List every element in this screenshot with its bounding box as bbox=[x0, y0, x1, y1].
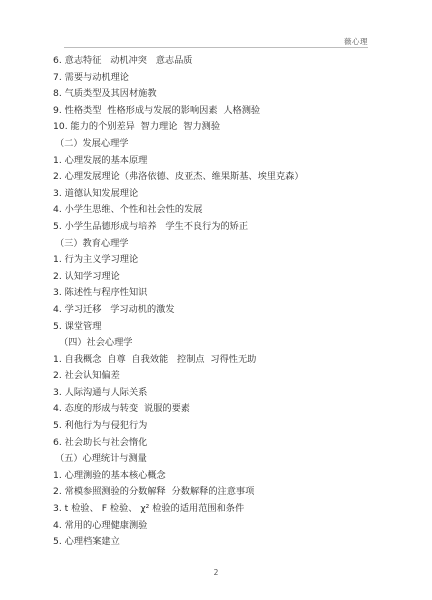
list-item: 7. 需要与动机理论 bbox=[53, 70, 383, 87]
section-social-psychology: （四）社会心理学 1. 自我概念 自尊 自我效能 控制点 习得性无助 2. 社会… bbox=[53, 335, 383, 451]
list-item: 4. 态度的形成与转变 说服的要素 bbox=[53, 401, 383, 418]
section-heading: （五）心理统计与测量 bbox=[53, 451, 383, 468]
list-item: 4. 常用的心理健康测验 bbox=[53, 518, 383, 535]
page-number: 2 bbox=[0, 568, 432, 577]
section-heading: （四）社会心理学 bbox=[53, 335, 383, 352]
list-item: 1. 自我概念 自尊 自我效能 控制点 习得性无助 bbox=[53, 352, 383, 369]
list-item: 2. 心理发展理论（弗洛依德、皮亚杰、维果斯基、埃里克森） bbox=[53, 169, 383, 186]
list-item: 2. 常模参照测验的分数解释 分数解释的注意事项 bbox=[53, 484, 383, 501]
list-item: 3. t 检验、 F 检验、 χ² 检验的适用范围和条件 bbox=[53, 501, 383, 518]
list-item: 5. 利他行为与侵犯行为 bbox=[53, 418, 383, 435]
list-item: 10. 能力的个别差异 智力理论 智力测验 bbox=[53, 119, 383, 136]
list-item: 3. 道德认知发展理论 bbox=[53, 186, 383, 203]
section-psychological-statistics: （五）心理统计与测量 1. 心理测验的基本核心概念 2. 常模参照测验的分数解释… bbox=[53, 451, 383, 551]
list-item: 5. 心理档案建立 bbox=[53, 534, 383, 551]
section-heading: （三）教育心理学 bbox=[53, 236, 383, 253]
list-item: 2. 认知学习理论 bbox=[53, 269, 383, 286]
list-item: 4. 小学生思维、个性和社会性的发展 bbox=[53, 202, 383, 219]
list-item: 9. 性格类型 性格形成与发展的影响因素 人格测验 bbox=[53, 103, 383, 120]
general-psychology-continued: 6. 意志特征 动机冲突 意志品质 7. 需要与动机理论 8. 气质类型及其因材… bbox=[53, 53, 383, 136]
list-item: 1. 行为主义学习理论 bbox=[53, 252, 383, 269]
list-item: 1. 心理测验的基本核心概念 bbox=[53, 468, 383, 485]
list-item: 6. 社会助长与社会惰化 bbox=[53, 435, 383, 452]
list-item: 8. 气质类型及其因材施教 bbox=[53, 86, 383, 103]
header-divider bbox=[64, 47, 368, 48]
list-item: 2. 社会认知偏差 bbox=[53, 368, 383, 385]
section-heading: （二）发展心理学 bbox=[53, 136, 383, 153]
list-item: 1. 心理发展的基本原理 bbox=[53, 153, 383, 170]
document-body: 6. 意志特征 动机冲突 意志品质 7. 需要与动机理论 8. 气质类型及其因材… bbox=[53, 53, 383, 551]
list-item: 5. 小学生品德形成与培养 学生不良行为的矫正 bbox=[53, 219, 383, 236]
list-item: 4. 学习迁移 学习动机的激发 bbox=[53, 302, 383, 319]
list-item: 3. 陈述性与程序性知识 bbox=[53, 285, 383, 302]
header-brand: 薇心理 bbox=[344, 36, 368, 47]
list-item: 5. 课堂管理 bbox=[53, 319, 383, 336]
list-item: 6. 意志特征 动机冲突 意志品质 bbox=[53, 53, 383, 70]
list-item: 3. 人际沟通与人际关系 bbox=[53, 385, 383, 402]
section-developmental-psychology: （二）发展心理学 1. 心理发展的基本原理 2. 心理发展理论（弗洛依德、皮亚杰… bbox=[53, 136, 383, 236]
section-educational-psychology: （三）教育心理学 1. 行为主义学习理论 2. 认知学习理论 3. 陈述性与程序… bbox=[53, 236, 383, 336]
